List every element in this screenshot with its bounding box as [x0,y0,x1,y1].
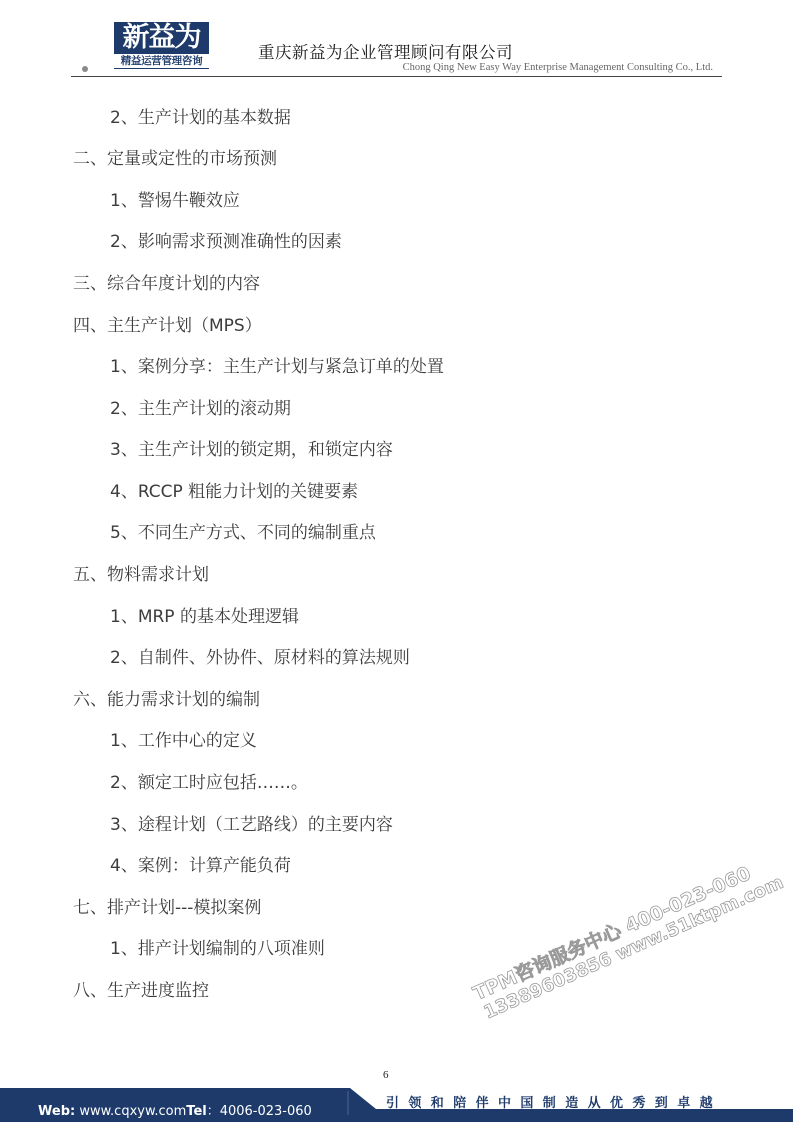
page-footer: Web: www.cqxyw.comTel：4006-023-060 引领和陪伴… [0,1085,793,1122]
outline-subitem: 1、MRP 的基本处理逻辑 [110,606,299,628]
bullet-dot-icon [82,66,88,72]
watermark: TPM咨询服务中心 400-023-060 13389603856 www.51… [470,852,787,1025]
outline-subitem: 1、排产计划编制的八项准则 [110,938,325,960]
company-name-cn: 重庆新益为企业管理顾问有限公司 [258,39,513,63]
company-logo: 新益为 精益运营管理咨询 [114,22,209,70]
watermark-line-2: 13389603856 www.51ktpm.com [481,872,787,1024]
outline-section-heading: 六、能力需求计划的编制 [73,689,260,711]
outline-subitem: 3、主生产计划的锁定期，和锁定内容 [110,439,393,461]
logo-main-text: 新益为 [114,22,209,54]
outline-section-heading: 五、物料需求计划 [73,564,209,586]
company-name-en: Chong Qing New Easy Way Enterprise Manag… [403,62,713,73]
footer-slogan: 引领和陪伴中国制造从优秀到卓越 [386,1092,722,1111]
outline-section-heading: 二、定量或定性的市场预测 [73,148,277,170]
header-divider [71,76,722,77]
outline-subitem: 5、不同生产方式、不同的编制重点 [110,522,376,544]
footer-contact: Web: www.cqxyw.comTel：4006-023-060 [38,1100,312,1119]
outline-subitem: 1、案例分享：主生产计划与紧急订单的处置 [110,356,444,378]
outline-section-heading: 八、生产进度监控 [73,980,209,1002]
logo-sub-text: 精益运营管理咨询 [114,54,209,69]
outline-subitem: 2、主生产计划的滚动期 [110,398,291,420]
outline-section-heading: 四、主生产计划（MPS） [73,315,262,337]
tel-label: Tel [186,1104,206,1119]
outline-section-heading: 七、排产计划---模拟案例 [73,897,261,919]
outline-subitem: 2、额定工时应包括……。 [110,772,308,794]
outline-subitem: 4、RCCP 粗能力计划的关键要素 [110,481,358,503]
tel-number: ：4006-023-060 [207,1104,312,1119]
outline-subitem: 4、案例：计算产能负荷 [110,855,291,877]
outline-subitem: 2、生产计划的基本数据 [110,107,291,129]
page-number: 6 [383,1069,389,1081]
watermark-line-1: TPM咨询服务中心 400-023-060 [470,852,778,1005]
outline-subitem: 1、警惕牛鞭效应 [110,190,240,212]
outline-section-heading: 三、综合年度计划的内容 [73,273,260,295]
outline-subitem: 3、途程计划（工艺路线）的主要内容 [110,814,393,836]
web-label: Web: [38,1104,75,1119]
page-header: 新益为 精益运营管理咨询 重庆新益为企业管理顾问有限公司 Chong Qing … [0,0,793,80]
web-url[interactable]: www.cqxyw.com [75,1104,186,1119]
outline-subitem: 2、自制件、外协件、原材料的算法规则 [110,647,410,669]
outline-subitem: 2、影响需求预测准确性的因素 [110,231,342,253]
outline-subitem: 1、工作中心的定义 [110,730,257,752]
